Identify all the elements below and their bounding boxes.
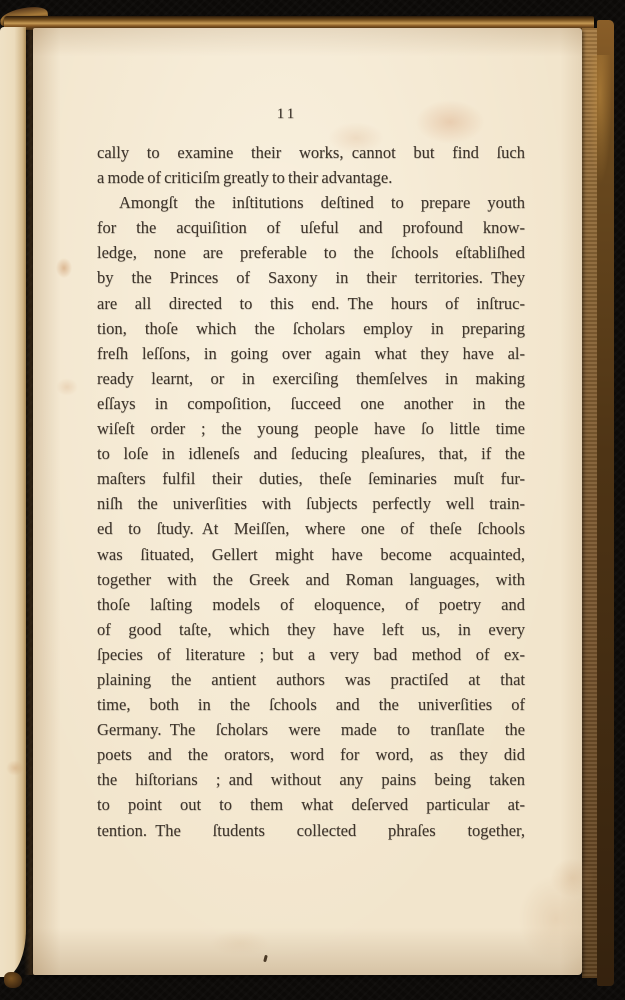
text-line: plaining the antient authors was practiſ…: [97, 667, 525, 692]
text-line: maſters fulfil their duties, theſe ſemin…: [97, 466, 525, 491]
page-number: 11: [237, 106, 337, 123]
text-line: eſſays in compoſition, ſucceed one anoth…: [97, 391, 525, 416]
text-line: time, both in the ſchools and the univer…: [97, 692, 525, 717]
facing-page-edge: [0, 27, 26, 977]
text-line: are all directed to this end. The hours …: [97, 291, 525, 316]
text-line: for the acquiſition of uſeful and profou…: [97, 215, 525, 240]
text-line: the hiſtorians ; and without any pains b…: [97, 767, 525, 792]
text-line: thoſe laſting models of eloquence, of po…: [97, 592, 525, 617]
text-line: cally to examine their works, cannot but…: [97, 140, 525, 165]
text-line: together with the Greek and Roman langua…: [97, 567, 525, 592]
text-line: Amongſt the inſtitutions deſtined to pre…: [97, 190, 525, 215]
photo-background: 11 cally to examine their works, cannot …: [0, 0, 625, 1000]
text-line: tion, thoſe which the ſcholars employ in…: [97, 316, 525, 341]
text-line: to point out to them what deſerved parti…: [97, 792, 525, 817]
text-line: ready learnt, or in exerciſing themſelve…: [97, 366, 525, 391]
text-line: freſh leſſons, in going over again what …: [97, 341, 525, 366]
text-line: poets and the orators, word for word, as…: [97, 742, 525, 767]
text-line: Germany. The ſcholars were made to tranſ…: [97, 717, 525, 742]
text-line: of good taſte, which they have left us, …: [97, 617, 525, 642]
text-line: tention. The ſtudents collected phraſes …: [97, 818, 525, 843]
text-line: a mode of criticiſm greatly to their adv…: [97, 165, 525, 190]
text-line: niſh the univerſities with ſubjects perf…: [97, 491, 525, 516]
text-line: to loſe in idleneſs and ſeducing pleaſur…: [97, 441, 525, 466]
text-line: ſpecies of literature ; but a very bad m…: [97, 642, 525, 667]
binding-tail: [4, 972, 22, 988]
text-block: cally to examine their works, cannot but…: [97, 140, 525, 843]
text-line: ledge, none are preferable to the ſchool…: [97, 240, 525, 265]
book-cover-sheen: [588, 55, 612, 185]
text-line: by the Princes of Saxony in their territ…: [97, 265, 525, 290]
book-page: 11 cally to examine their works, cannot …: [33, 28, 582, 975]
text-line: ed to ſtudy. At Meiſſen, where one of th…: [97, 516, 525, 541]
text-line: was ſituated, Gellert might have become …: [97, 542, 525, 567]
text-line: wiſeſt order ; the young people have ſo …: [97, 416, 525, 441]
